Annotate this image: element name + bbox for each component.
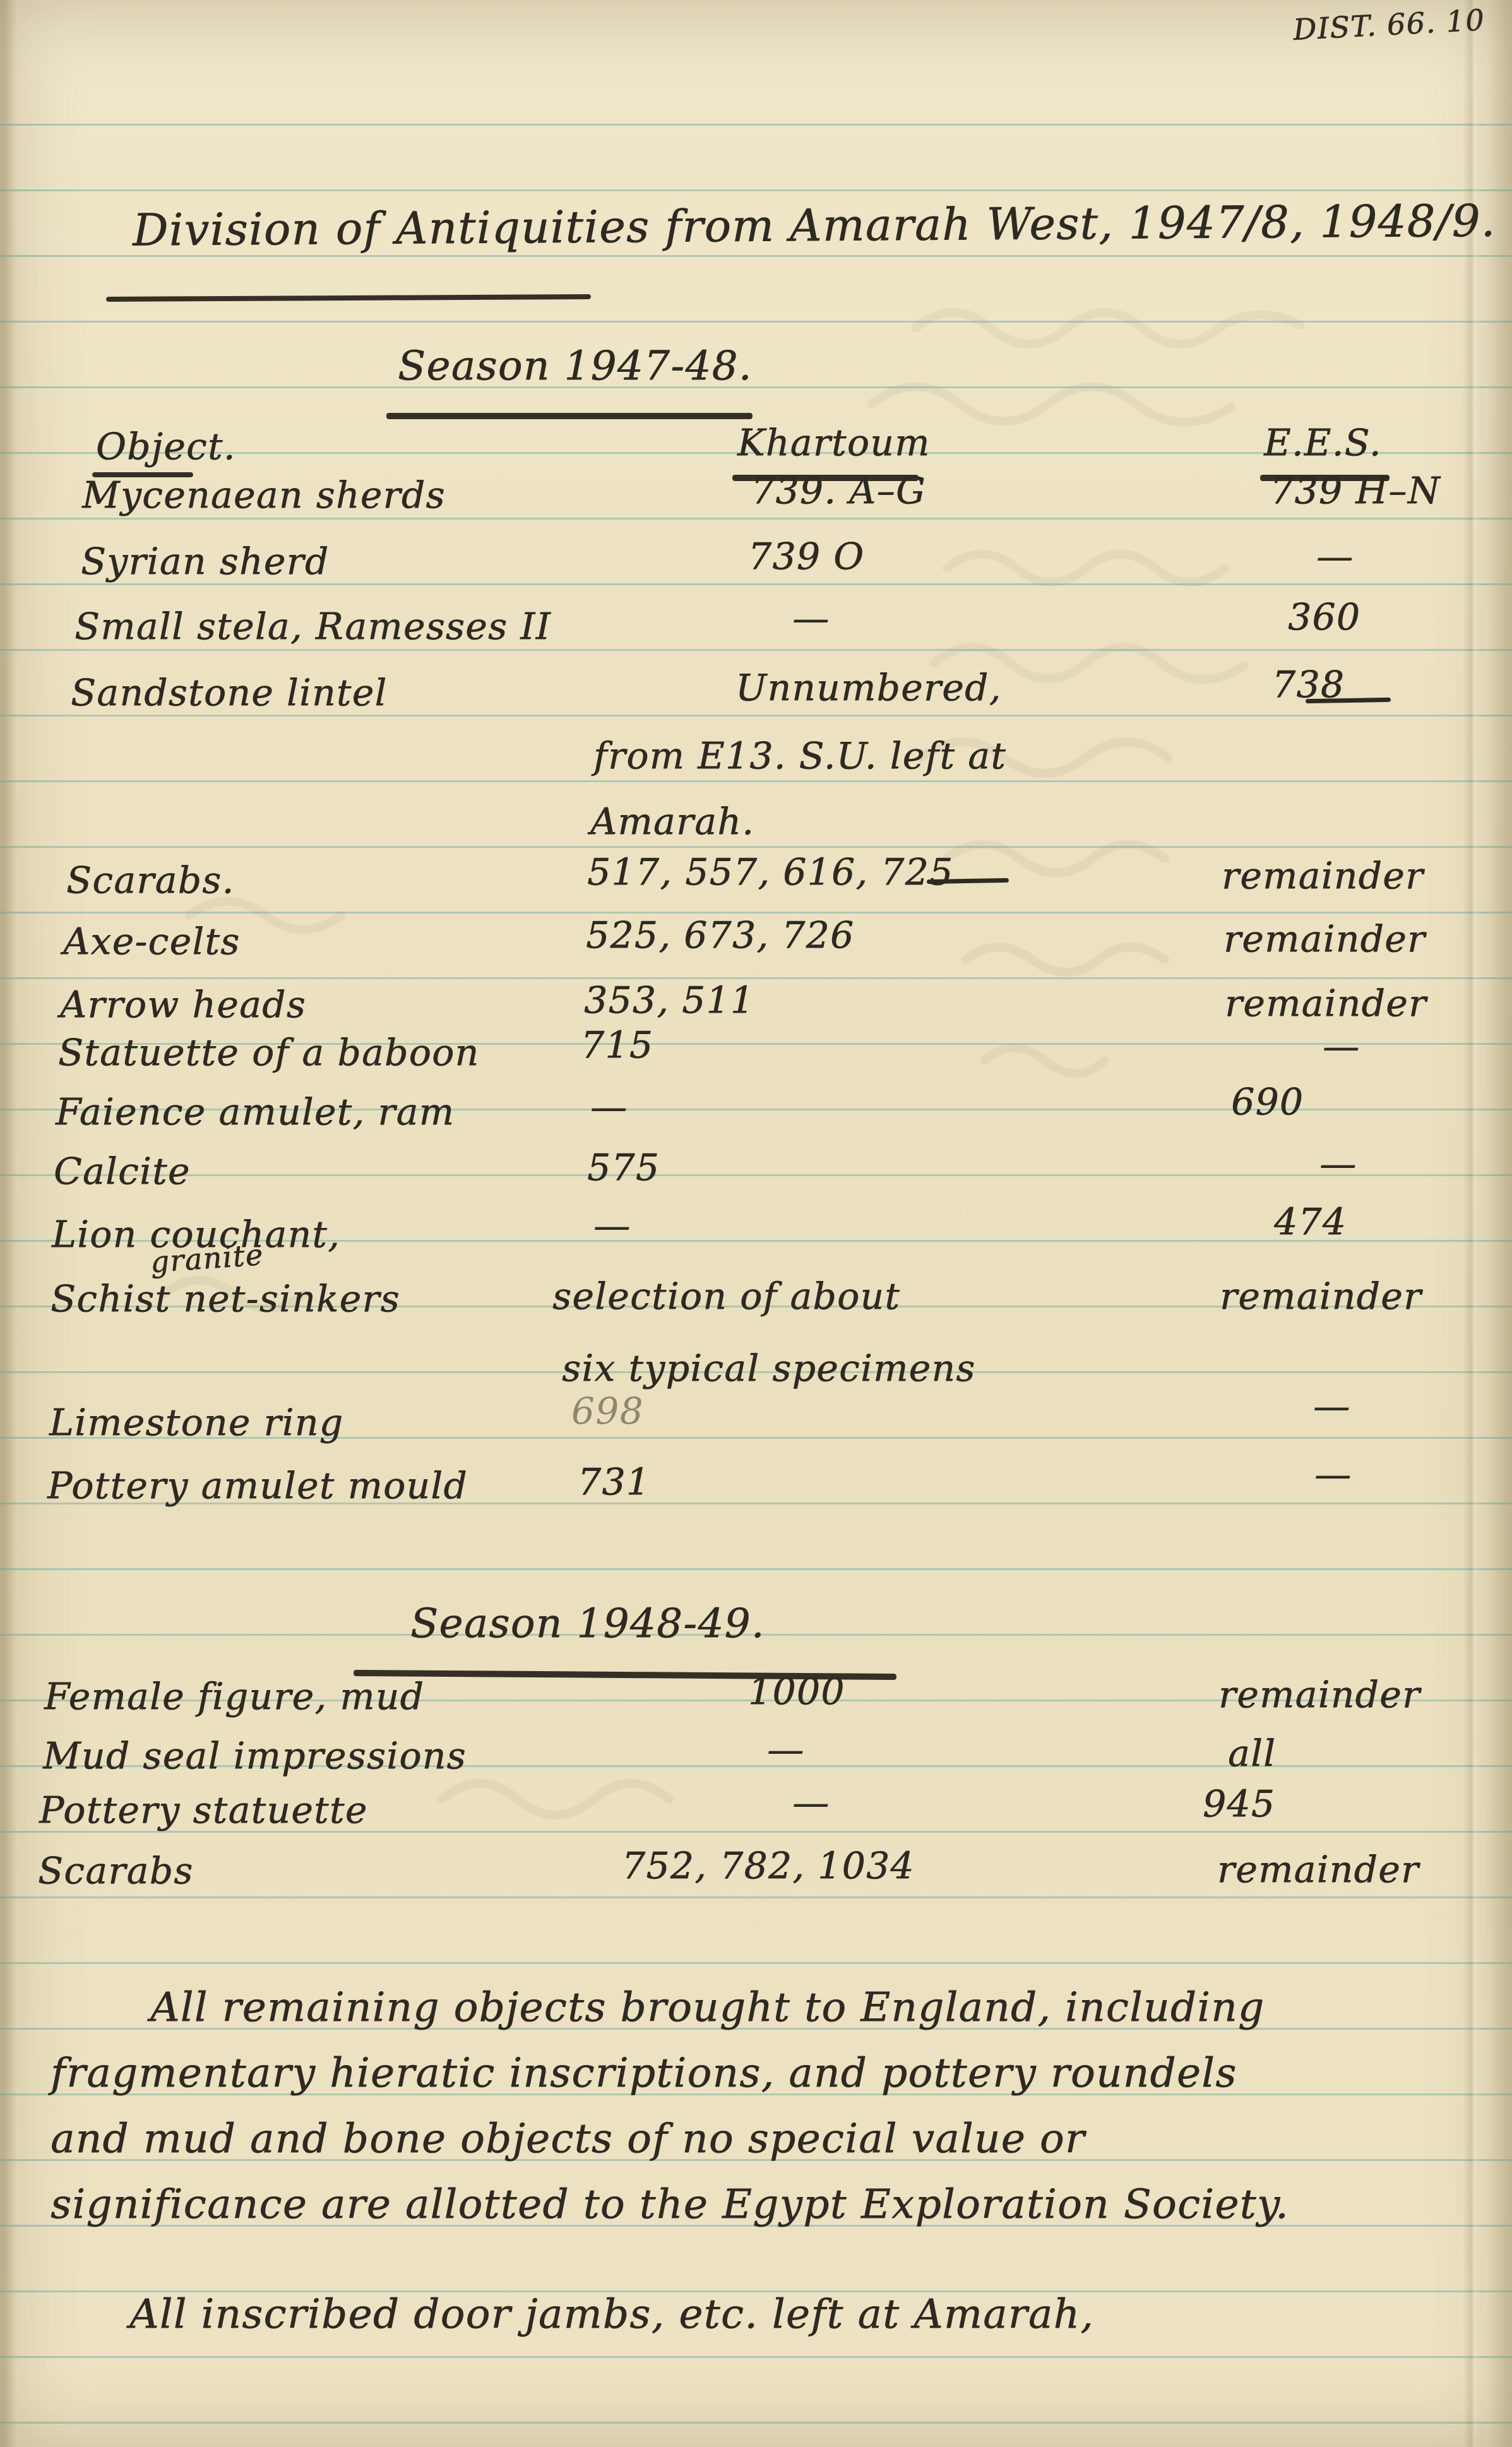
strike-mark	[1306, 698, 1391, 703]
object-cell: Arrow heads	[60, 986, 306, 1023]
khartoum-cell: —	[593, 1207, 631, 1244]
notes-line: and mud and bone objects of no special v…	[51, 2119, 1085, 2159]
khartoum-cell: 575	[587, 1149, 660, 1186]
column-header-ees: E.E.S.	[1264, 424, 1382, 461]
page-title: Division of Antiquities from Amarah West…	[133, 198, 1496, 252]
object-cell: Pottery amulet mould	[47, 1467, 468, 1504]
ees-cell: 360	[1288, 598, 1360, 635]
season-1948-49-heading: Season 1948-49.	[410, 1604, 765, 1644]
ees-cell: all	[1228, 1735, 1276, 1771]
season-1947-48-underline	[386, 413, 753, 419]
ees-cell: —	[1319, 1145, 1357, 1182]
object-cell: Scarabs	[38, 1852, 194, 1889]
column-header-khartoum: Khartoum	[737, 424, 931, 461]
object-cell: Female figure, mud	[44, 1678, 424, 1715]
object-cell: Statuette of a baboon	[58, 1034, 479, 1071]
ees-cell: —	[1314, 1456, 1352, 1492]
object-cell: Pottery statuette	[39, 1792, 368, 1828]
ees-cell: remainder	[1225, 985, 1427, 1021]
object-cell: Scarabs.	[66, 862, 234, 898]
column-header-object: Object.	[96, 428, 236, 465]
title-underline	[106, 294, 591, 302]
khartoum-cell: 739 O	[748, 538, 864, 575]
khartoum-cell: 715	[581, 1027, 653, 1063]
object-cell: Faience amulet, ram	[56, 1093, 455, 1130]
khartoum-cell: 517, 557, 616, 725	[587, 854, 953, 890]
khartoum-cell: 739. A–G	[751, 472, 926, 509]
object-cell: Schist net-sinkers	[51, 1280, 400, 1317]
khartoum-cell: —	[590, 1088, 628, 1125]
khartoum-cell-continuation: from E13. S.U. left at	[593, 737, 1006, 774]
ees-cell: —	[1323, 1028, 1360, 1064]
footer-line: All inscribed door jambs, etc. left at A…	[129, 2294, 1094, 2335]
khartoum-cell: 752, 782, 1034	[622, 1847, 915, 1884]
ees-cell: remainder	[1217, 1851, 1419, 1888]
ees-cell: remainder	[1223, 920, 1426, 957]
khartoum-cell: 353, 511	[584, 982, 754, 1018]
manuscript-page: DIST. 66. 10 Division of Antiquities fro…	[0, 0, 1512, 2447]
object-cell: Sandstone lintel	[71, 674, 388, 711]
khartoum-cell: Unnumbered,	[735, 669, 1002, 706]
paper-crease	[1463, 0, 1480, 2447]
ees-cell: —	[1316, 538, 1354, 575]
object-cell: Mycenaean sherds	[82, 477, 446, 513]
object-cell: Small stela, Ramesses II	[74, 608, 551, 645]
ees-cell: 739 H–N	[1270, 472, 1441, 509]
khartoum-cell: 731	[578, 1463, 650, 1500]
archive-reference: DIST. 66. 10	[1292, 5, 1485, 44]
object-cell: Mud seal impressions	[43, 1737, 467, 1774]
object-cell: Syrian sherd	[81, 543, 329, 580]
khartoum-cell: 1000	[748, 1673, 845, 1710]
object-cell: Limestone ring	[49, 1404, 343, 1441]
ees-cell: 945	[1203, 1785, 1275, 1822]
khartoum-cell: 525, 673, 726	[586, 917, 854, 953]
khartoum-cell: —	[792, 1784, 830, 1821]
ees-cell: remainder	[1220, 1278, 1422, 1314]
strike-mark	[927, 878, 1009, 884]
object-insertion: granite	[150, 1240, 265, 1277]
ees-cell: remainder	[1218, 1676, 1420, 1713]
ees-cell: —	[1313, 1388, 1351, 1424]
notes-line: significance are allotted to the Egypt E…	[51, 2184, 1289, 2225]
object-cell: Calcite	[54, 1153, 191, 1189]
khartoum-cell: selection of about	[552, 1278, 900, 1314]
khartoum-cell-continuation: six typical specimens	[562, 1350, 975, 1386]
season-1947-48-heading: Season 1947-48.	[398, 346, 753, 386]
ees-cell: remainder	[1222, 857, 1424, 894]
khartoum-cell: 698	[571, 1393, 644, 1429]
notes-line: All remaining objects brought to England…	[150, 1987, 1265, 2028]
khartoum-cell-continuation: Amarah.	[590, 803, 754, 840]
ees-cell: 738	[1272, 666, 1345, 703]
ees-cell: 690	[1231, 1083, 1304, 1120]
khartoum-cell: —	[767, 1731, 805, 1768]
ees-cell: 474	[1274, 1203, 1347, 1240]
khartoum-cell: —	[792, 600, 830, 636]
object-cell: Axe-celts	[63, 923, 240, 960]
notes-line: fragmentary hieratic inscriptions, and p…	[51, 2053, 1237, 2093]
